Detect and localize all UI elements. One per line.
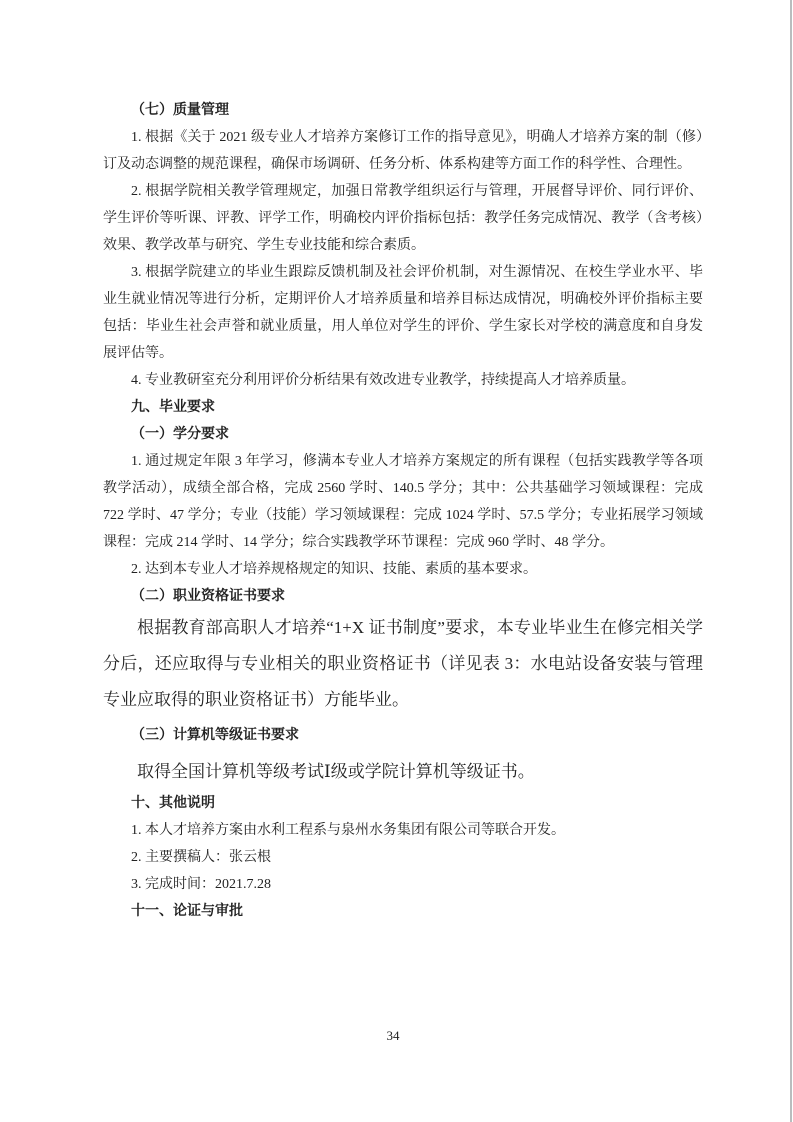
para-other-1: 1. 本人才培养方案由水利工程系与泉州水务集团有限公司等联合开发。 [103, 817, 703, 844]
para-vocational-certificate: 根据教育部高职人才培养“1+X 证书制度”要求，本专业毕业生在修完相关学分后，还… [103, 610, 703, 718]
scan-edge-line [790, 0, 792, 1122]
para-quality-1: 1. 根据《关于 2021 级专业人才培养方案修订工作的指导意见》，明确人才培养… [103, 124, 703, 178]
page-number: 34 [103, 1026, 683, 1046]
heading-computer-certificate: （三）计算机等级证书要求 [103, 718, 703, 754]
heading-other-notes: 十、其他说明 [103, 790, 703, 817]
document-body: （七）质量管理 1. 根据《关于 2021 级专业人才培养方案修订工作的指导意见… [103, 97, 703, 925]
para-other-2: 2. 主要撰稿人：张云根 [103, 844, 703, 871]
para-credit-1: 1. 通过规定年限 3 年学习，修满本专业人才培养方案规定的所有课程（包括实践教… [103, 448, 703, 556]
heading-graduation-requirements: 九、毕业要求 [103, 394, 703, 421]
para-quality-4: 4. 专业教研室充分利用评价分析结果有效改进专业教学，持续提高人才培养质量。 [103, 367, 703, 394]
heading-quality-management: （七）质量管理 [103, 97, 703, 124]
heading-review-approval: 十一、论证与审批 [103, 898, 703, 925]
para-computer-certificate: 取得全国计算机等级考试Ⅰ级或学院计算机等级证书。 [103, 754, 703, 790]
para-other-3: 3. 完成时间：2021.7.28 [103, 871, 703, 898]
para-quality-3: 3. 根据学院建立的毕业生跟踪反馈机制及社会评价机制，对生源情况、在校生学业水平… [103, 259, 703, 367]
heading-credit-requirements: （一）学分要求 [103, 421, 703, 448]
para-quality-2: 2. 根据学院相关教学管理规定，加强日常教学组织运行与管理，开展督导评价、同行评… [103, 178, 703, 259]
para-credit-2: 2. 达到本专业人才培养规格规定的知识、技能、素质的基本要求。 [103, 556, 703, 583]
document-page: （七）质量管理 1. 根据《关于 2021 级专业人才培养方案修订工作的指导意见… [0, 0, 793, 1122]
heading-vocational-certificate: （二）职业资格证书要求 [103, 583, 703, 610]
